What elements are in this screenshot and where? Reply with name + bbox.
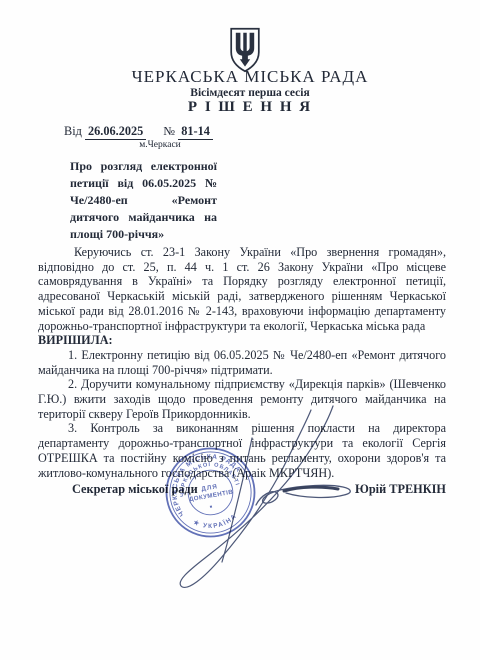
subject-block: Про розгляд електронної петиції від 06.0… (70, 158, 217, 243)
organization-name: ЧЕРКАСЬКА МІСЬКА РАДА (30, 67, 470, 87)
number-value: 81-14 (178, 124, 213, 140)
number-label: № (163, 124, 175, 138)
official-stamp: ЧЕРКАСЬКА МІСЬКА РАДА ЧЕРКАСЬКОЇ ОБЛАСТІ… (163, 445, 258, 540)
resolution-item: 2. Доручити комунальному підприємству «Д… (38, 377, 446, 421)
session-line: Вісімдесят перша сесія (30, 87, 470, 99)
document-type-title: Р І Ш Е Н Н Я (30, 99, 470, 116)
date-value: 26.06.2025 (85, 124, 146, 140)
date-label: Від (64, 124, 82, 138)
signer-name: Юрій ТРЕНКІН (355, 482, 446, 497)
preamble-paragraph: Керуючись ст. 23-1 Закону України «Про з… (38, 245, 446, 333)
date-number-row: Від 26.06.2025 № 81-14 (64, 124, 213, 139)
resolved-word: ВИРІШИЛА: (38, 333, 446, 348)
city-line: м.Черкаси (100, 140, 220, 150)
resolution-item: 1. Електронну петицію від 06.05.2025 № Ч… (38, 348, 446, 377)
scanned-decision-document: ЧЕРКАСЬКА МІСЬКА РАДА Вісімдесят перша с… (0, 0, 480, 660)
